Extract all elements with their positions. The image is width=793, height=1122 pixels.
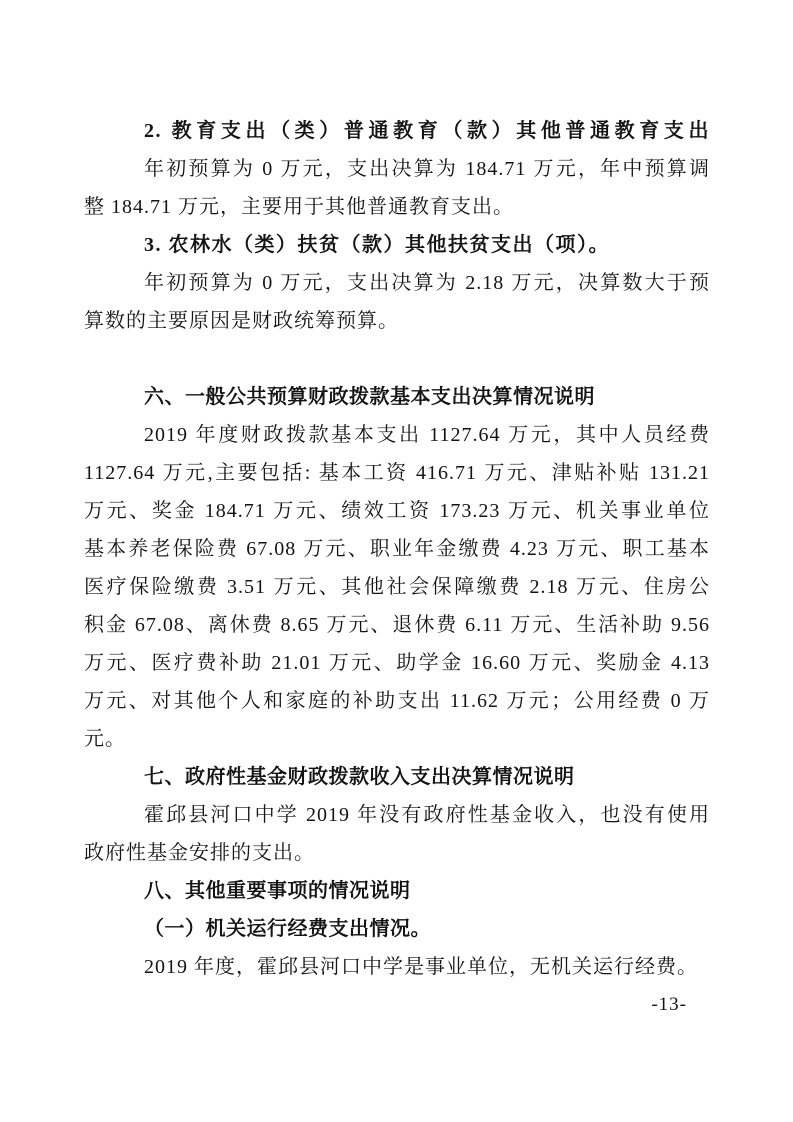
text-line: 1127.64 万元,主要包括: 基本工资 416.71 万元、津贴补贴 131…: [84, 454, 710, 492]
text-line: 年初预算为 0 万元，支出决算为 184.71 万元，年中预算调: [84, 150, 710, 188]
blank-line: [84, 340, 710, 378]
section-heading: 2. 教育支出（类）普通教育（款）其他普通教育支出（项）。: [84, 112, 710, 150]
text-line: 2019 年度，霍邱县河口中学是事业单位，无机关运行经费。: [84, 948, 710, 986]
document-page: 2. 教育支出（类）普通教育（款）其他普通教育支出（项）。年初预算为 0 万元，…: [0, 0, 793, 1122]
section-heading: （一）机关运行经费支出情况。: [84, 910, 710, 948]
text-line: 基本养老保险费 67.08 万元、职业年金缴费 4.23 万元、职工基本: [84, 530, 710, 568]
text-line: 元。: [84, 720, 710, 758]
text-line: 霍邱县河口中学 2019 年没有政府性基金收入，也没有使用: [84, 796, 710, 834]
text-line: 医疗保险缴费 3.51 万元、其他社会保障缴费 2.18 万元、住房公: [84, 568, 710, 606]
section-heading: 3. 农林水（类）扶贫（款）其他扶贫支出（项）。: [84, 226, 710, 264]
section-heading: 六、一般公共预算财政拨款基本支出决算情况说明: [84, 378, 710, 416]
section-heading: 七、政府性基金财政拨款收入支出决算情况说明: [84, 758, 710, 796]
text-line: 万元、医疗费补助 21.01 万元、助学金 16.60 万元、奖励金 4.13: [84, 644, 710, 682]
text-line: 政府性基金安排的支出。: [84, 834, 710, 872]
text-line: 年初预算为 0 万元，支出决算为 2.18 万元，决算数大于预: [84, 264, 710, 302]
section-heading: 八、其他重要事项的情况说明: [84, 872, 710, 910]
text-line: 万元、奖金 184.71 万元、绩效工资 173.23 万元、机关事业单位: [84, 492, 710, 530]
text-line: 整 184.71 万元，主要用于其他普通教育支出。: [84, 188, 710, 226]
content-area: 2. 教育支出（类）普通教育（款）其他普通教育支出（项）。年初预算为 0 万元，…: [84, 112, 710, 986]
text-line: 算数的主要原因是财政统筹预算。: [84, 302, 710, 340]
text-line: 积金 67.08、离休费 8.65 万元、退休费 6.11 万元、生活补助 9.…: [84, 606, 710, 644]
page-number: -13-: [84, 986, 710, 1024]
text-line: 万元、对其他个人和家庭的补助支出 11.62 万元；公用经费 0 万: [84, 682, 710, 720]
text-line: 2019 年度财政拨款基本支出 1127.64 万元，其中人员经费: [84, 416, 710, 454]
